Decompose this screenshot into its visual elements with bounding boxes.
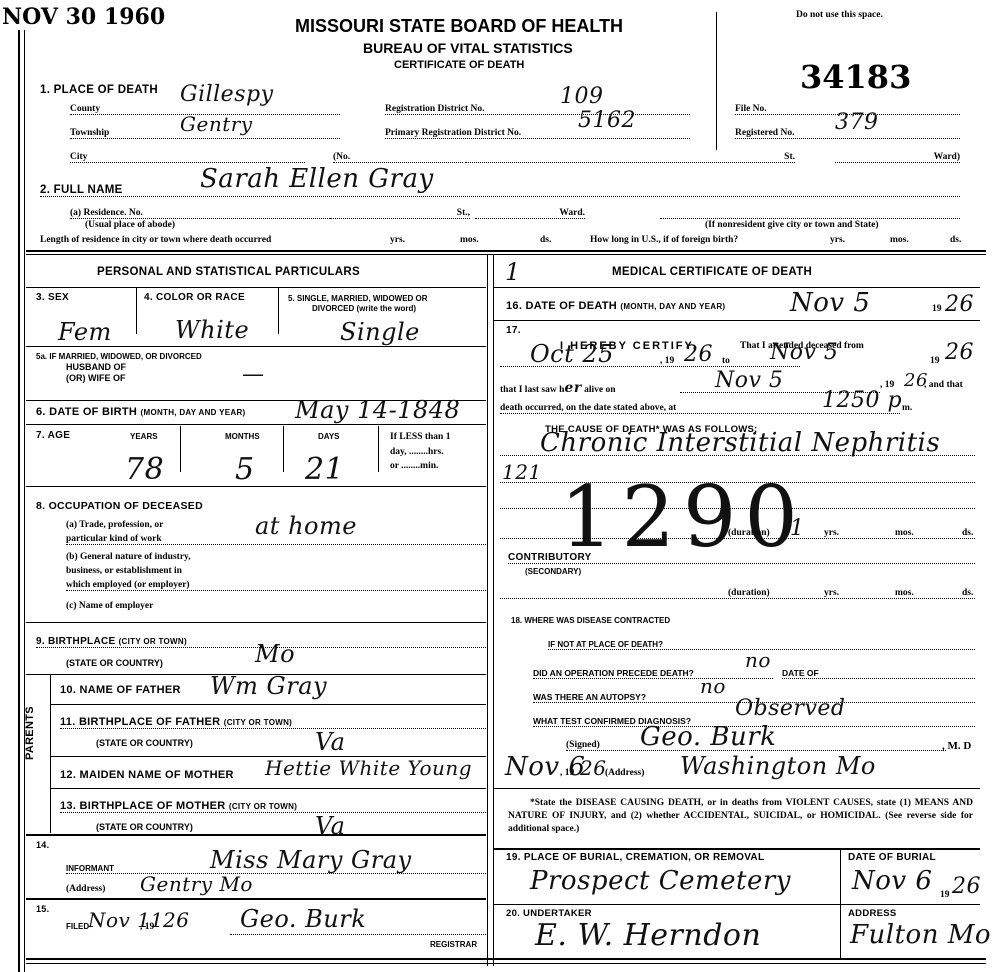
occupation-label: 8. OCCUPATION OF DECEASED xyxy=(36,500,203,512)
form-title: MISSOURI STATE BOARD OF HEALTH xyxy=(295,16,623,37)
years-value: 78 xyxy=(125,452,164,487)
spouse-label-3: (OR) WIFE OF xyxy=(66,373,126,383)
test-value: Observed xyxy=(735,696,845,721)
contributory-mos: mos. xyxy=(895,588,914,598)
mother-birthplace-field: 13. BIRTHPLACE OF MOTHER (CITY OR TOWN) xyxy=(60,800,486,813)
informant-num: 14. xyxy=(36,840,49,850)
sex-label: 3. SEX xyxy=(36,292,69,303)
race-value: White xyxy=(175,316,249,344)
dod-year-prefix: 19 xyxy=(932,304,942,314)
registration-district-field: Registration District No. xyxy=(385,104,690,115)
autopsy-value: no xyxy=(700,674,726,698)
occupation-b-2: business, or establishment in xyxy=(66,566,182,576)
dod-label: 16. DATE OF DEATH (MONTH, DAY AND YEAR) xyxy=(506,300,725,312)
divider xyxy=(26,898,486,900)
dob-value: May 14-1848 xyxy=(295,396,460,424)
form-subtitle: BUREAU OF VITAL STATISTICS xyxy=(363,40,573,56)
divider xyxy=(283,426,284,472)
signed-address-label: (Address) xyxy=(605,768,644,778)
race-label: 4. COLOR OR RACE xyxy=(144,292,245,303)
father-label: 10. NAME OF FATHER xyxy=(60,684,181,696)
months-value: 5 xyxy=(235,452,255,487)
primary-registration-value: 5162 xyxy=(578,108,636,133)
undertaker-address-value: Fulton Mo xyxy=(850,920,991,950)
dod-year: 26 xyxy=(945,292,974,317)
registrar-label: REGISTRAR xyxy=(430,940,477,949)
place-of-death-heading: 1. PLACE OF DEATH xyxy=(40,84,158,96)
nonresident-field xyxy=(660,208,960,219)
cause-code-small: 121 xyxy=(502,460,542,484)
section-divider-top-2 xyxy=(26,254,986,255)
residence-ward: Ward. xyxy=(475,208,585,219)
to-label: to xyxy=(722,356,730,366)
filed-num: 15. xyxy=(36,904,49,914)
residence-street: St., xyxy=(330,208,470,219)
less-label: If LESS than 1 xyxy=(390,432,450,442)
sex-value: Fem xyxy=(58,318,112,346)
filed-year-prefix: , 19 xyxy=(140,922,154,932)
to-date: Nov 5 xyxy=(770,340,838,365)
divider xyxy=(494,287,980,288)
burial-year: 26 xyxy=(952,874,981,899)
occupation-c: (c) Name of employer xyxy=(66,601,153,611)
do-not-use-note: Do not use this space. xyxy=(796,10,883,20)
registrar-field xyxy=(230,934,486,935)
from-year: 26 xyxy=(684,342,713,367)
divider xyxy=(26,424,486,425)
county-value: Gillespy xyxy=(180,82,274,107)
dod-value: Nov 5 xyxy=(790,288,870,318)
age-label: 7. AGE xyxy=(36,430,70,441)
duration-mos: mos. xyxy=(895,528,914,538)
certificate-number: 34183 xyxy=(800,58,911,96)
column-divider xyxy=(487,254,488,966)
burial-value: Prospect Cemetery xyxy=(530,866,791,896)
operation-value: no xyxy=(745,648,771,672)
foreign-yrs: yrs. xyxy=(830,235,845,245)
divider xyxy=(180,426,181,472)
occupation-a: (a) Trade, profession, or xyxy=(66,520,163,530)
form-name: CERTIFICATE OF DEATH xyxy=(394,59,524,71)
length-yrs: yrs. xyxy=(390,235,405,245)
months-label: MONTHS xyxy=(225,432,260,441)
residence-sub: (Usual place of abode) xyxy=(85,220,175,230)
father-birthplace-field: 11. BIRTHPLACE OF FATHER (CITY OR TOWN) xyxy=(60,716,486,729)
days-label: DAYS xyxy=(318,432,340,441)
from-year-prefix: , 19 xyxy=(660,356,674,366)
divider xyxy=(26,834,486,836)
nonresident-note: (If nonresident give city or town and St… xyxy=(705,220,879,230)
mother-label: 12. MAIDEN NAME OF MOTHER xyxy=(60,769,234,781)
filed-label: FILED xyxy=(66,922,89,931)
less-min: or ........min. xyxy=(390,461,438,471)
filed-year: 26 xyxy=(163,908,189,932)
ward-field: Ward) xyxy=(835,152,960,163)
birthplace-value: Mo xyxy=(255,640,295,668)
father-value: Wm Gray xyxy=(210,672,327,700)
registration-district-value: 109 xyxy=(560,84,604,109)
occupation-value: at home xyxy=(255,512,357,540)
md-label: , M. D xyxy=(942,740,971,752)
residence-field: (a) Residence. No. xyxy=(70,208,330,219)
received-date-stamp: NOV 30 1960 xyxy=(2,4,165,30)
duration-yrs: yrs. xyxy=(824,528,839,538)
parents-divider xyxy=(50,675,51,833)
burial-label: 19. PLACE OF BURIAL, CREMATION, OR REMOV… xyxy=(506,852,764,863)
divider xyxy=(494,848,980,850)
medical-heading: MEDICAL CERTIFICATE OF DEATH xyxy=(612,266,812,278)
duration-value: 1 xyxy=(790,516,805,541)
foreign-birth-label: How long in U.S., if of foreign birth? xyxy=(590,235,738,245)
registrar-signature: Geo. Burk xyxy=(240,905,366,933)
contributory-duration-label: (duration) xyxy=(728,588,770,598)
divider xyxy=(26,287,486,288)
days-value: 21 xyxy=(305,452,344,487)
burial-year-prefix: 19 xyxy=(940,890,950,900)
divider xyxy=(494,320,980,321)
personal-heading: PERSONAL AND STATISTICAL PARTICULARS xyxy=(97,266,360,278)
bottom-border-2 xyxy=(26,963,986,964)
to-year-prefix: 19 xyxy=(930,356,940,366)
registered-no-value: 379 xyxy=(835,110,879,135)
full-name-field: 2. FULL NAME xyxy=(40,184,960,197)
street-field: St. xyxy=(465,152,795,163)
occupation-b-field: which employed (or employer) xyxy=(66,580,486,591)
contracted-label: 18. WHERE WAS DISEASE CONTRACTED xyxy=(511,616,670,625)
foreign-ds: ds. xyxy=(950,235,961,245)
burial-date-label: DATE OF BURIAL xyxy=(848,852,936,863)
father-birthplace-value: Va xyxy=(315,728,345,756)
and-that: , and that xyxy=(924,380,963,390)
cause-value: Chronic Interstitial Nephritis xyxy=(540,428,940,458)
left-border-line xyxy=(18,30,20,972)
informant-address-value: Gentry Mo xyxy=(140,872,253,896)
length-of-residence-label: Length of residence in city or town wher… xyxy=(40,235,271,245)
signed-value: Geo. Burk xyxy=(640,722,776,752)
divider xyxy=(136,288,137,334)
years-label: YEARS xyxy=(130,432,158,441)
time-value: 1250 p xyxy=(822,388,902,413)
corner-mark: 1 xyxy=(505,258,521,286)
bottom-border xyxy=(26,958,986,960)
marital-value: Single xyxy=(340,318,420,346)
contributory-ds: ds. xyxy=(962,588,973,598)
divider xyxy=(494,904,980,905)
divider xyxy=(26,622,486,623)
duration-ds: ds. xyxy=(962,528,973,538)
contributory-field: CONTRIBUTORY xyxy=(508,552,975,564)
occupation-b: (b) General nature of industry, xyxy=(66,552,191,562)
from-date: Oct 25 xyxy=(530,340,614,368)
spouse-label: 5a. IF MARRIED, WIDOWED, OR DIVORCED xyxy=(36,352,202,361)
certify-num: 17. xyxy=(506,325,521,336)
parents-label: PARENTS xyxy=(24,706,36,760)
last-saw-text: that I last saw her alive on xyxy=(500,380,615,396)
undertaker-value: E. W. Herndon xyxy=(535,918,761,953)
marital-label: 5. SINGLE, MARRIED, WIDOWED OR xyxy=(288,294,428,303)
spouse-label-2: HUSBAND OF xyxy=(66,362,126,372)
length-ds: ds. xyxy=(540,235,551,245)
header-divider xyxy=(716,12,717,150)
contributory-yrs: yrs. xyxy=(824,588,839,598)
divider xyxy=(378,426,379,472)
mother-value: Hettie White Young xyxy=(265,756,472,780)
operation-date-field: DATE OF xyxy=(782,668,975,679)
street-no-field: (No. xyxy=(333,152,463,163)
operation-field: DID AN OPERATION PRECEDE DEATH? xyxy=(533,668,773,679)
last-saw-date: Nov 5 xyxy=(715,368,783,393)
father-birthplace-state-label: (STATE OR COUNTRY) xyxy=(96,738,193,748)
section-divider-top xyxy=(26,250,986,252)
informant-address-label: (Address) xyxy=(66,884,105,894)
signed-year: 26 xyxy=(580,756,606,780)
less-day: day, ........hrs. xyxy=(390,447,444,457)
city-field: City xyxy=(70,152,305,163)
foreign-mos: mos. xyxy=(890,235,909,245)
left-border-line-inner xyxy=(24,30,25,972)
secondary-label: (SECONDARY) xyxy=(525,567,581,576)
full-name-value: Sarah Ellen Gray xyxy=(200,164,434,194)
spouse-value: — xyxy=(242,362,265,387)
column-divider-2 xyxy=(493,254,494,966)
signed-year-prefix: , 19 xyxy=(560,768,574,778)
township-value: Gentry xyxy=(180,112,253,136)
divider xyxy=(50,704,486,705)
footnote: *State the DISEASE CAUSING DEATH, or in … xyxy=(508,797,973,836)
marital-label-2: DIVORCED (write the word) xyxy=(312,304,416,313)
divider xyxy=(26,346,486,347)
divider xyxy=(50,788,486,789)
divider xyxy=(26,486,486,487)
mother-birthplace-state-label: (STATE OR COUNTRY) xyxy=(96,822,193,832)
length-mos: mos. xyxy=(460,235,479,245)
dob-label: 6. DATE OF BIRTH (MONTH, DAY AND YEAR) xyxy=(36,406,246,418)
divider xyxy=(494,788,980,789)
birthplace-state-label: (STATE OR COUNTRY) xyxy=(66,658,163,668)
to-year: 26 xyxy=(945,340,974,365)
duration-label: (duration) xyxy=(728,528,770,538)
divider xyxy=(278,288,279,334)
primary-registration-field: Primary Registration District No. xyxy=(385,128,690,139)
undertaker-address-label: ADDRESS xyxy=(848,908,897,919)
m-label: m. xyxy=(902,403,912,413)
burial-date-value: Nov 6 xyxy=(852,866,932,896)
signed-address-value: Washington Mo xyxy=(680,752,876,780)
informant-value: Miss Mary Gray xyxy=(210,846,412,874)
